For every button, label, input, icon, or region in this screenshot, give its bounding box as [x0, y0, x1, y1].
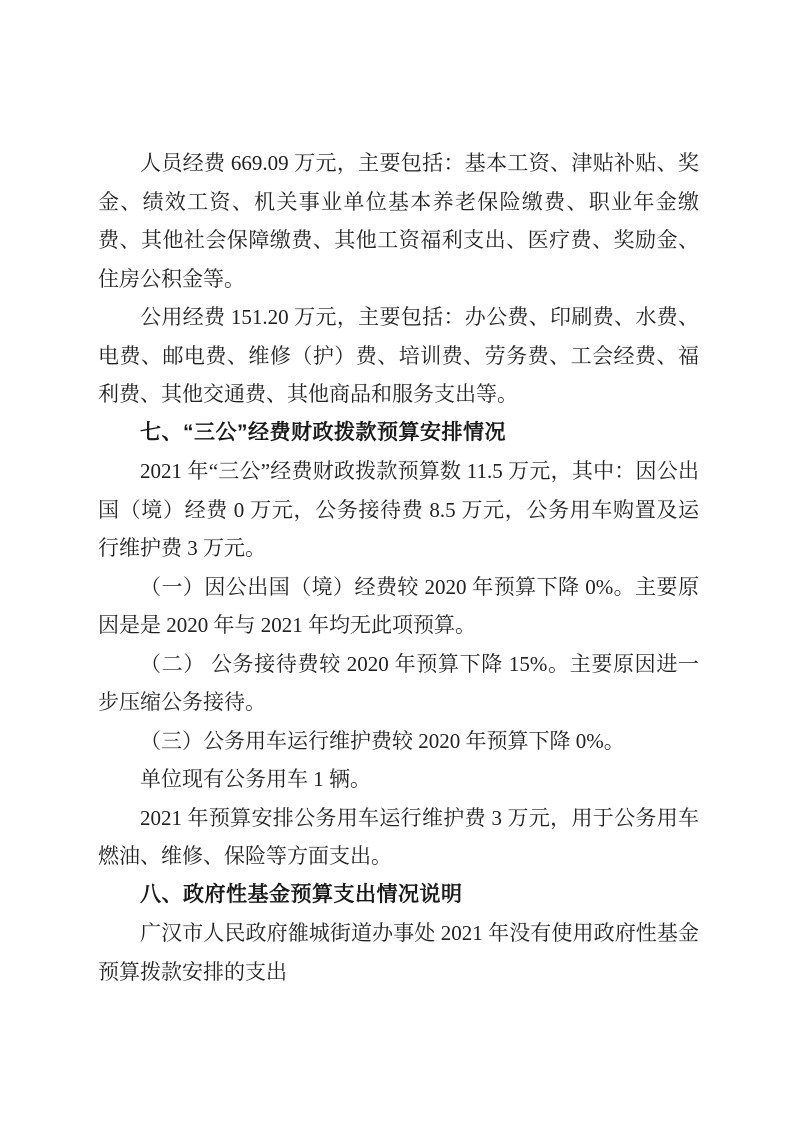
paragraph-gov-fund-statement: 广汉市人民政府雒城街道办事处 2021 年没有使用政府性基金预算拨款安排的支出 — [98, 914, 699, 991]
paragraph-public-funds: 公用经费 151.20 万元，主要包括：办公费、印刷费、水费、电费、邮电费、维修… — [98, 298, 699, 414]
paragraph-personnel-funds: 人员经费 669.09 万元，主要包括：基本工资、津贴补贴、奖金、绩效工资、机关… — [98, 144, 699, 298]
paragraph-vehicle-count: 单位现有公务用车 1 辆。 — [98, 760, 699, 799]
paragraph-three-public-budget-total: 2021 年“三公”经费财政拨款预算数 11.5 万元，其中：因公出国（境）经费… — [98, 452, 699, 568]
document-page: 人员经费 669.09 万元，主要包括：基本工资、津贴补贴、奖金、绩效工资、机关… — [0, 0, 793, 1122]
paragraph-item-three-vehicle-maintenance: （三）公务用车运行维护费较 2020 年预算下降 0%。 — [98, 722, 699, 761]
section-heading-eight-gov-fund: 八、政府性基金预算支出情况说明 — [98, 876, 699, 915]
paragraph-item-two-official-reception: （二） 公务接待费较 2020 年预算下降 15%。主要原因进一步压缩公务接待。 — [98, 645, 699, 722]
section-heading-seven-three-public-funds: 七、“三公”经费财政拨款预算安排情况 — [98, 414, 699, 453]
paragraph-item-one-overseas-trips: （一）因公出国（境）经费较 2020 年预算下降 0%。主要原因是是 2020 … — [98, 568, 699, 645]
document-content: 人员经费 669.09 万元，主要包括：基本工资、津贴补贴、奖金、绩效工资、机关… — [98, 144, 699, 991]
paragraph-vehicle-budget-usage: 2021 年预算安排公务用车运行维护费 3 万元，用于公务用车燃油、维修、保险等… — [98, 799, 699, 876]
